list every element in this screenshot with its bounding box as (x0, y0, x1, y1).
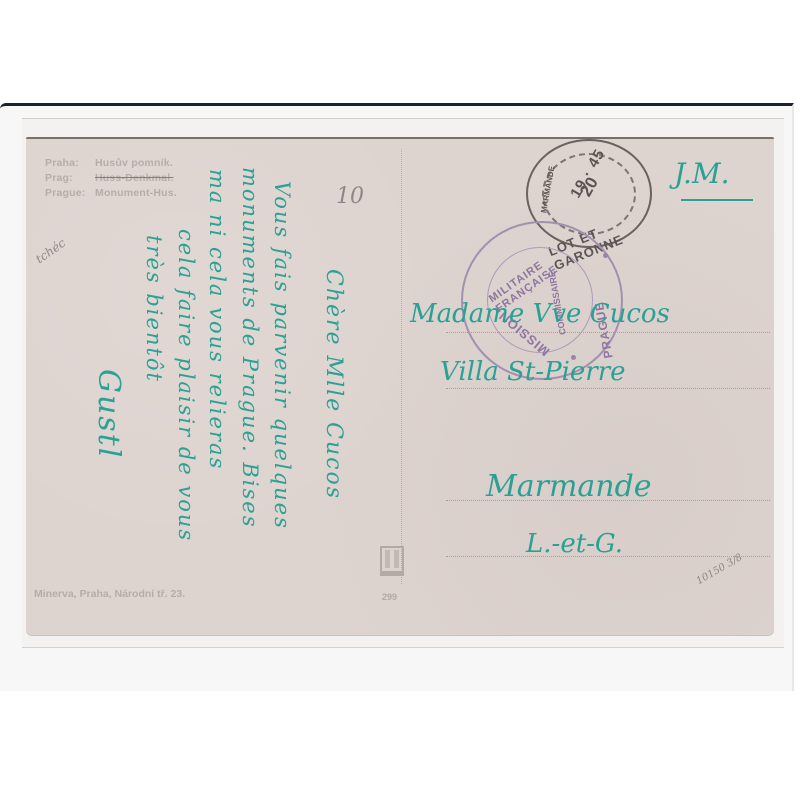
caption-line-czech: Praha:Husův pomník. (45, 156, 177, 171)
message-line: cela faire plaisir de vous (174, 229, 198, 542)
pencil-note-left: tchéc (33, 236, 68, 266)
stamp-dot-icon (603, 253, 608, 258)
message-line: monuments de Prague. Bises (238, 167, 262, 528)
center-divider (401, 149, 402, 584)
publisher-imprint: Minerva, Praha, Národní tř. 23. (34, 588, 185, 600)
caption-title: Husův pomník. (95, 157, 173, 169)
message-line: ma ni cela vous relieras (205, 169, 229, 470)
initials-underline (681, 199, 753, 201)
caption-city: Prague: (45, 186, 95, 201)
address-city: Marmande (486, 469, 652, 504)
pencil-note-right: 10150 3/8 (695, 552, 745, 587)
signature: Gustl (91, 369, 126, 459)
caption-line-german: Prag:Huss-Denkmal. (45, 171, 177, 186)
caption-line-french: Prague:Monument-Hus. (45, 186, 177, 201)
initials: J.M. (674, 157, 730, 190)
postcard-back: Praha:Husův pomník. Prag:Huss-Denkmal. P… (26, 137, 774, 635)
caption-title: Huss-Denkmal. (95, 172, 173, 184)
caption-city: Prag: (45, 171, 95, 186)
message-line: très bientôt (142, 235, 166, 383)
caption-title: Monument-Hus. (95, 187, 177, 199)
message-line: Vous fais parvenir quelques (270, 181, 294, 530)
address-recipient: Madame Vve Cucos (410, 299, 670, 329)
message-line: Chère Mlle Cucos (321, 269, 346, 500)
postcard-caption: Praha:Husův pomník. Prag:Huss-Denkmal. P… (45, 156, 177, 201)
address-line-rule (446, 332, 770, 333)
address-line-rule (446, 388, 770, 389)
address-street: Villa St-Pierre (440, 357, 626, 387)
caption-city: Praha: (45, 156, 95, 171)
address-department: L.-et-G. (526, 529, 623, 559)
lot-number: 10 (336, 184, 364, 209)
card-number: 299 (382, 592, 397, 602)
minerva-logo-icon (380, 546, 404, 576)
